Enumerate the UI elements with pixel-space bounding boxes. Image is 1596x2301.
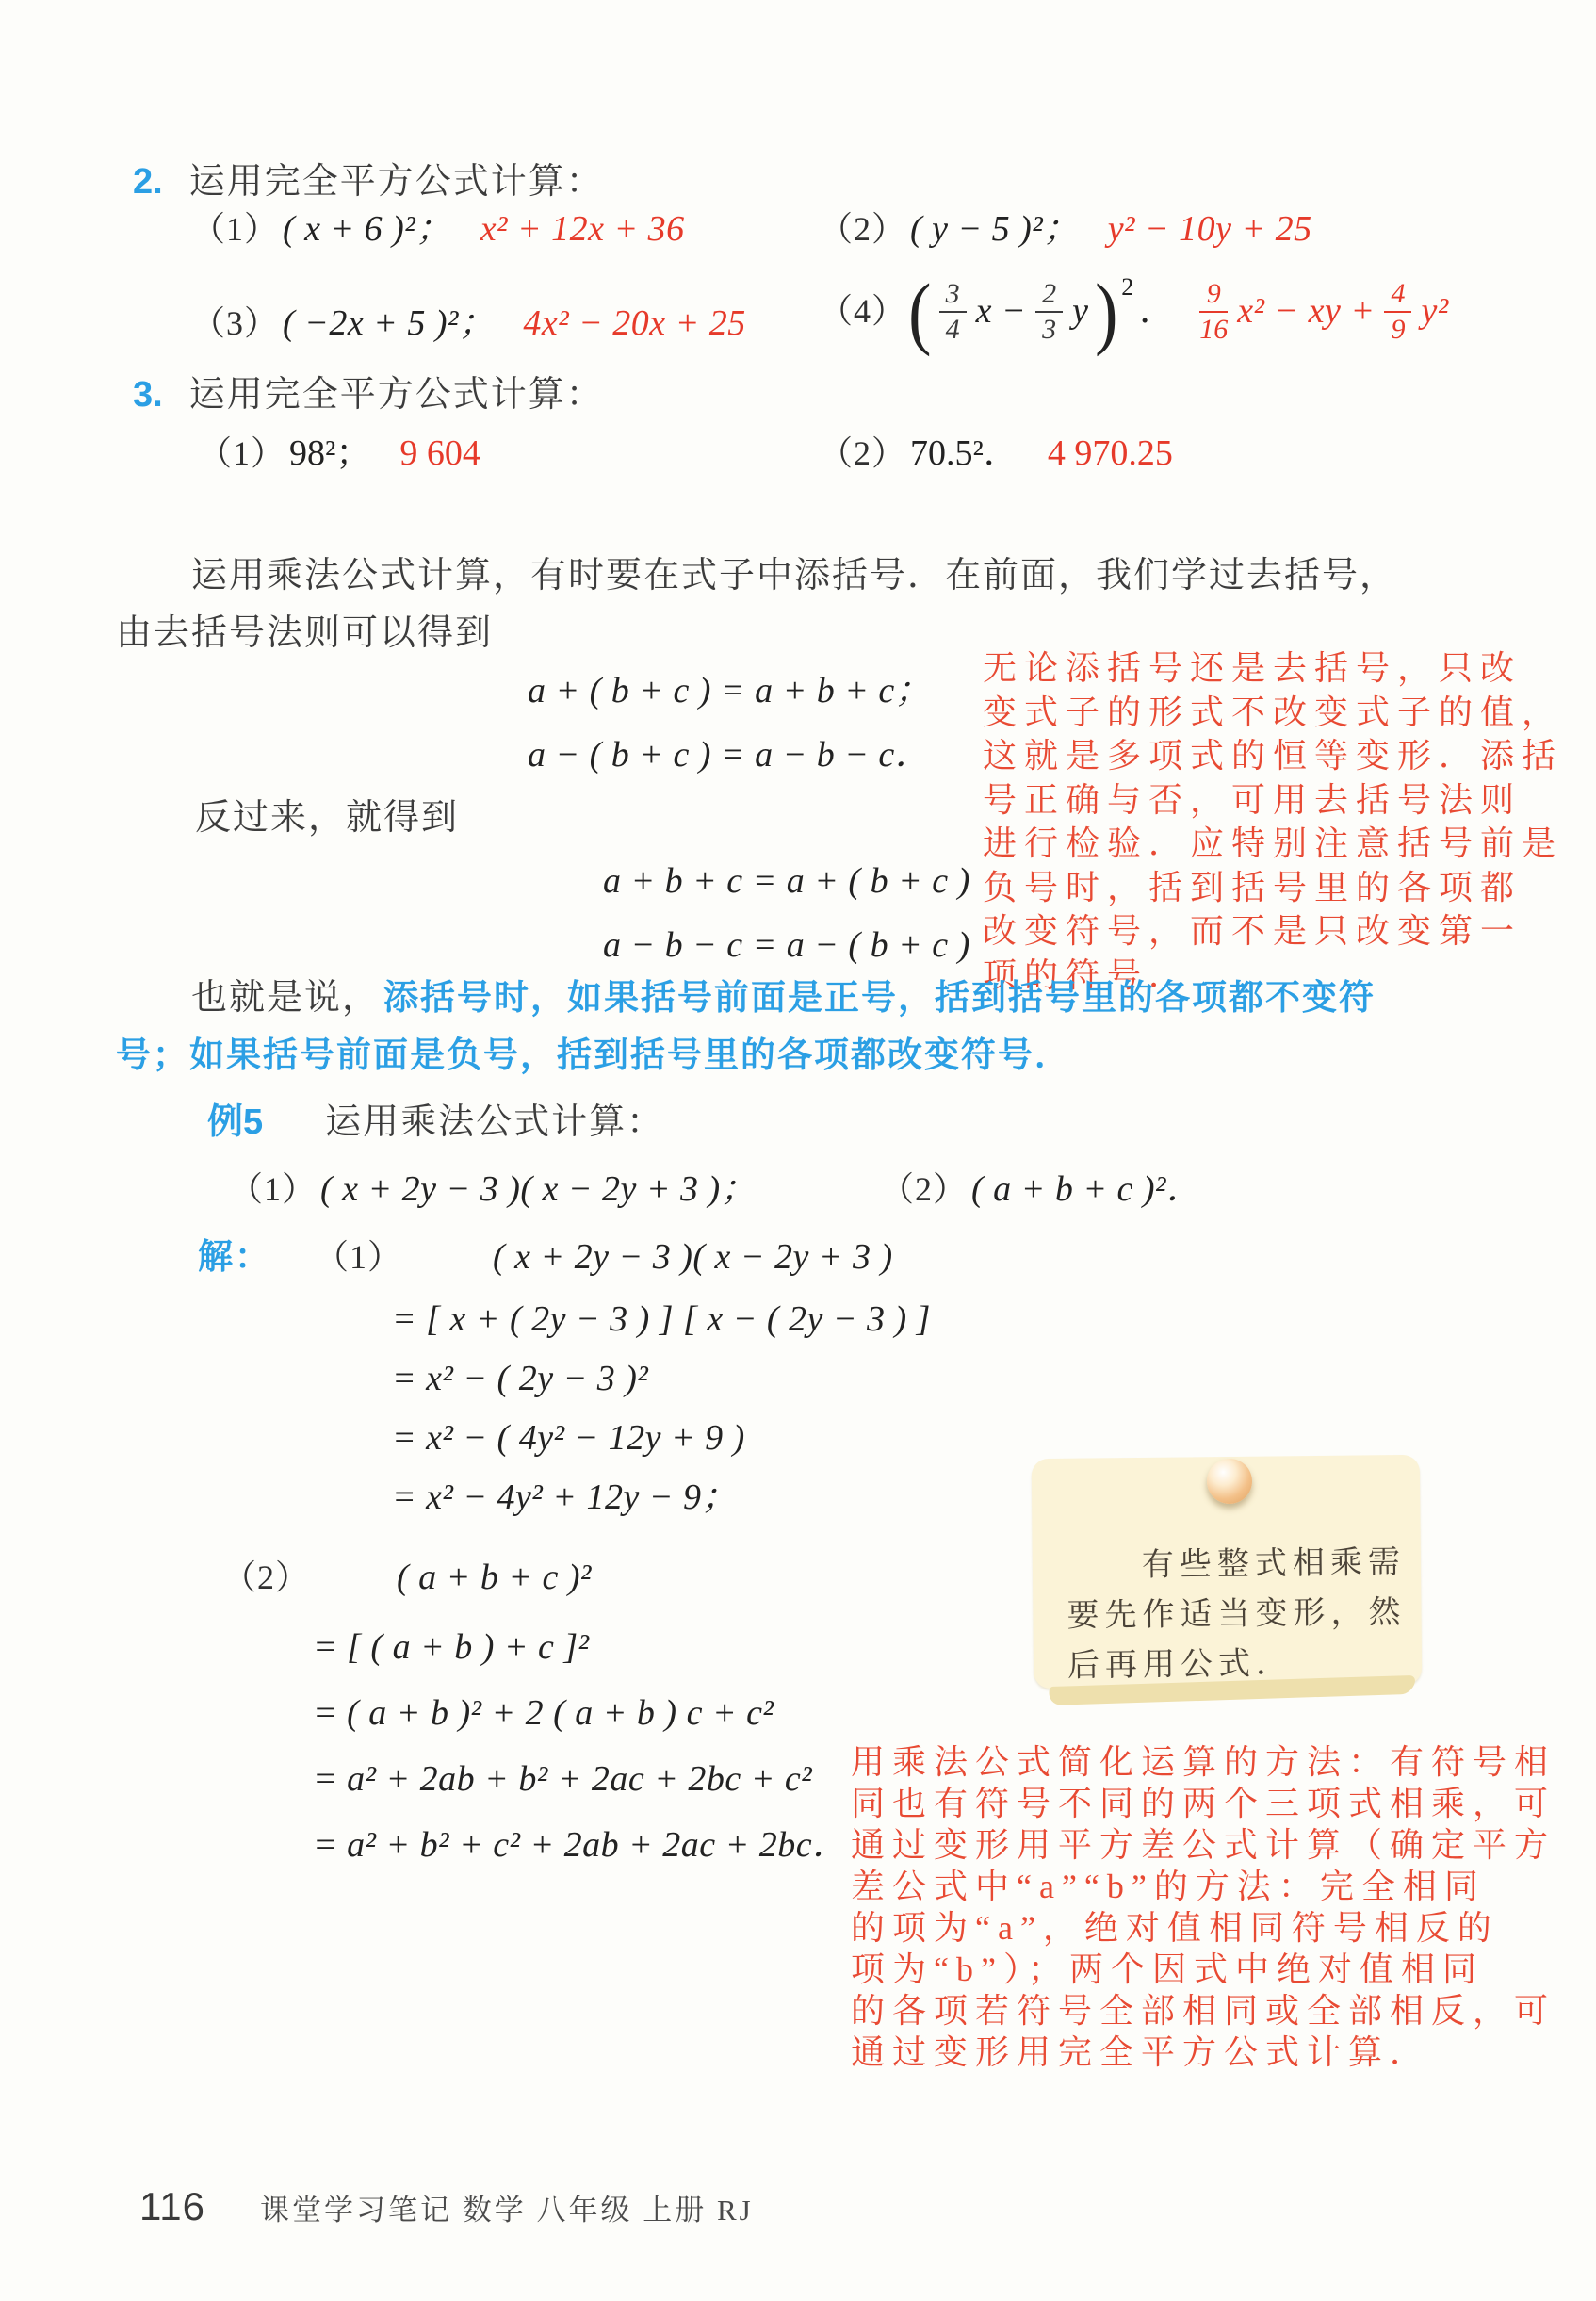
solution2-expression: ( a + b + c )² [397, 1558, 592, 1597]
note-top-line: 变式子的形式不改变式子的值， [983, 691, 1563, 735]
note-top-line: 改变符号，而不是只改变第一 [983, 909, 1563, 954]
item1-answer: x² + 12x + 36 [480, 209, 685, 249]
example5-title: 运用乘法公式计算： [325, 1102, 664, 1142]
item1-label: （1） [191, 210, 279, 248]
problem2-header: 2. 运用完全平方公式计算： [133, 162, 604, 204]
solve-label: 解： [198, 1237, 271, 1276]
item4-answer-end: y² [1421, 291, 1448, 333]
p3-item2-expression: 70.5²． [910, 433, 1019, 473]
note-bottom-line: 用乘法公式简化运算的方法：有符号相 [851, 1741, 1555, 1783]
item4-mid2: y [1072, 291, 1088, 333]
item1-expression: ( x + 6 )²； [283, 209, 452, 249]
p3-item1-answer: 9 604 [399, 433, 480, 473]
handwritten-note-top: 无论添括号还是去括号，只改 变式子的形式不改变式子的值， 这就是多项式的恒等变形… [983, 646, 1563, 997]
p3-item1-expression: 98²； [289, 433, 371, 473]
note-bottom-line: 通过变形用平方差公式计算（确定平方 [851, 1824, 1555, 1866]
example5-number: 例5 [207, 1102, 263, 1142]
example5-item2: （2） ( a + b + c )²． [880, 1169, 1202, 1211]
problem2-number: 2. [133, 162, 163, 202]
problem2-item3: （3） ( −2x + 5 )²； 4x² − 20x + 25 [191, 303, 746, 345]
example5-item1: （1） ( x + 2y − 3 )( x − 2y + 3 )； [229, 1169, 757, 1211]
item4-label: （4） [819, 292, 906, 331]
p3-item2-answer: 4 970.25 [1048, 433, 1173, 473]
problem3-title: 运用完全平方公式计算： [189, 375, 604, 415]
ex-item2-label: （2） [880, 1170, 968, 1208]
solution2-step4: = a² + b² + c² + 2ab + 2ac + 2bc． [313, 1825, 849, 1867]
problem2-item4: （4） ( 34 x − 23 y ) 2 ． 916 x² − xy + 49… [819, 279, 1453, 344]
item2-label: （2） [819, 210, 906, 248]
problem3-item2: （2） 70.5²． 4 970.25 [819, 433, 1173, 475]
paragraph3-line1: 也就是说， 添括号时，如果括号前面是正号，括到括号里的各项都不变符 [191, 978, 1376, 1020]
item4-answer-fraction-4-9: 49 [1384, 279, 1411, 344]
note-top-line: 无论添括号还是去括号，只改 [983, 646, 1563, 691]
page-number: 116 [139, 2184, 205, 2228]
item4-exponent: 2 [1121, 273, 1133, 302]
item4-fraction-2-3: 23 [1035, 279, 1063, 344]
solution1-step2: = x² − ( 2y − 3 )² [392, 1359, 648, 1400]
sticky-note-line: 有些整式相乘需 [1067, 1538, 1407, 1591]
item4-answer-fraction-9-16: 916 [1199, 279, 1228, 344]
sticky-note-line: 要先作适当变形，然 [1067, 1588, 1407, 1641]
item4-fraction-3-4: 34 [939, 279, 967, 344]
solution1-label: （1） [315, 1238, 402, 1276]
note-bottom-line: 的项为“a”，绝对值相同符号相反的 [851, 1907, 1555, 1949]
paragraph1-line1: 运用乘法公式计算，有时要在式子中添括号．在前面，我们学过去括号， [191, 556, 1397, 597]
textbook-page: 2. 运用完全平方公式计算： （1） ( x + 6 )²； x² + 12x … [0, 0, 1596, 2301]
paragraph3-black: 也就是说， [191, 978, 380, 1018]
p3-item2-label: （2） [819, 434, 906, 472]
solution1-step1: = [ x + ( 2y − 3 ) ] [ x − ( 2y − 3 ) ] [392, 1299, 931, 1341]
page-footer: 116 课堂学习笔记 数学 八年级 上册 RJ [139, 2184, 754, 2229]
paragraph2: 反过来，就得到 [195, 798, 459, 840]
problem2-item1: （1） ( x + 6 )²； x² + 12x + 36 [191, 209, 685, 251]
formula-remove-brackets-plus: a + ( b + c ) = a + b + c； [528, 671, 931, 712]
solution2-step3: = a² + 2ab + b² + 2ac + 2bc + c² [313, 1759, 812, 1801]
item4-mid1: x − [976, 291, 1027, 333]
solution2-line: （2） ( a + b + c )² [222, 1558, 592, 1599]
formula-remove-brackets-minus: a − ( b + c ) = a − b − c． [528, 735, 931, 776]
ex-item2-expression: ( a + b + c )²． [971, 1169, 1202, 1209]
item2-answer: y² − 10y + 25 [1108, 209, 1312, 249]
solution1-step4: = x² − 4y² + 12y − 9； [392, 1477, 738, 1519]
solution2-label: （2） [222, 1558, 310, 1596]
paragraph3-blue1: 添括号时，如果括号前面是正号，括到括号里的各项都不变符 [383, 978, 1376, 1017]
p3-item1-label: （1） [198, 434, 285, 472]
sticky-note-pin-icon [1207, 1459, 1252, 1504]
solution2-step2: = ( a + b )² + 2 ( a + b ) c + c² [313, 1693, 774, 1735]
formula-add-brackets-plus: a + b + c = a + ( b + c ) [603, 861, 970, 903]
note-bottom-line: 项为“b”）；两个因式中绝对值相同 [851, 1949, 1555, 1990]
note-bottom-line: 差公式中“a”“b”的方法：完全相同 [851, 1866, 1555, 1907]
item4-answer-mid: x² − xy + [1237, 291, 1375, 333]
problem3-header: 3. 运用完全平方公式计算： [133, 375, 604, 416]
sticky-note-line: 后再用公式． [1067, 1638, 1408, 1691]
paragraph1-line2: 由去括号法则可以得到 [116, 613, 493, 655]
problem3-item1: （1） 98²； 9 604 [198, 433, 480, 475]
problem2-item2: （2） ( y − 5 )²； y² − 10y + 25 [819, 209, 1312, 251]
solution-line1: 解： （1） ( x + 2y − 3 )( x − 2y + 3 ) [198, 1237, 893, 1279]
note-top-line: 负号时，括到括号里的各项都 [983, 866, 1563, 910]
footer-text: 课堂学习笔记 数学 八年级 上册 RJ [260, 2194, 754, 2227]
note-bottom-line: 的各项若符号全部相同或全部相反，可 [851, 1990, 1555, 2032]
note-top-line: 号正确与否，可用去括号法则 [983, 778, 1563, 823]
note-top-line: 进行检验．应特别注意括号前是 [983, 822, 1563, 866]
item3-expression: ( −2x + 5 )²； [283, 303, 495, 343]
ex-item1-expression: ( x + 2y − 3 )( x − 2y + 3 )； [320, 1169, 757, 1209]
solution1-step3: = x² − ( 4y² − 12y + 9 ) [392, 1418, 745, 1460]
ex-item1-label: （1） [229, 1170, 317, 1208]
solution1-expression: ( x + 2y − 3 )( x − 2y + 3 ) [493, 1237, 893, 1277]
note-bottom-line: 同也有符号不同的两个三项式相乘，可 [851, 1783, 1555, 1824]
problem3-number: 3. [133, 375, 163, 415]
handwritten-note-bottom: 用乘法公式简化运算的方法：有符号相 同也有符号不同的两个三项式相乘，可 通过变形… [851, 1741, 1555, 2073]
item3-label: （3） [191, 304, 279, 342]
note-top-line: 这就是多项式的恒等变形．添括 [983, 734, 1563, 778]
note-bottom-line: 通过变形用完全平方公式计算． [851, 2032, 1555, 2073]
problem2-title: 运用完全平方公式计算： [189, 162, 604, 202]
item3-answer: 4x² − 20x + 25 [523, 303, 745, 343]
item4-period: ． [1139, 291, 1175, 333]
item2-expression: ( y − 5 )²； [910, 209, 1080, 249]
solution2-step1: = [ ( a + b ) + c ]² [313, 1627, 590, 1669]
formula-add-brackets-minus: a − b − c = a − ( b + c ) [603, 925, 970, 967]
example5-header: 例5 运用乘法公式计算： [207, 1102, 664, 1144]
paragraph3-blue2: 号；如果括号前面是负号，括到括号里的各项都改变符号． [116, 1036, 1071, 1076]
